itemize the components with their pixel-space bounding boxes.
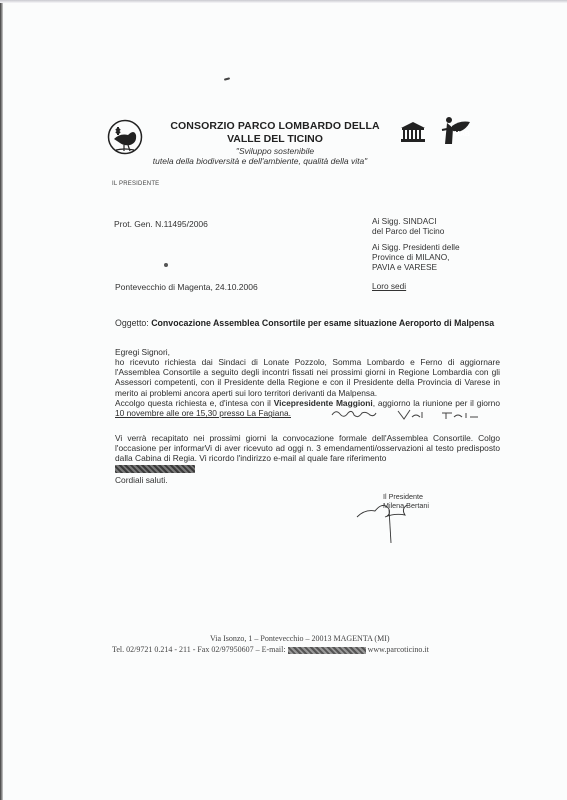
recipient-line: del Parco del Ticino	[372, 226, 460, 236]
footer-website: www.parcoticino.it	[368, 645, 429, 654]
park-heron-logo-icon	[106, 119, 144, 155]
footer-contacts-text: Tel. 02/9721 0.214 - 211 - Fax 02/979506…	[112, 645, 286, 654]
subject-text: Convocazione Assemblea Consortile per es…	[151, 318, 494, 328]
motto-line2: tutela della biodiversità e dell'ambient…	[120, 156, 400, 166]
scan-speck	[224, 77, 230, 80]
mab-logo-icon: MAB	[440, 116, 472, 146]
greeting: Egregi Signori,	[115, 347, 500, 357]
scan-edge-top	[0, 0, 567, 3]
org-name-line2: VALLE DEL TICINO	[150, 133, 400, 145]
redacted-email	[288, 647, 366, 654]
svg-text:MAB: MAB	[454, 131, 470, 138]
paragraph-3: Vi verrà recapitato nei prossimi giorni …	[115, 433, 500, 474]
loro-sedi: Loro sedi	[372, 281, 440, 291]
paragraph-2-text: Accolgo questa richiesta e, d'intesa con…	[115, 398, 274, 408]
place-date: Pontevecchio di Magenta, 24.10.2006	[115, 282, 258, 292]
paragraph-1: ho ricevuto richiesta dai Sindaci di Lon…	[115, 357, 500, 398]
protocol-number: Prot. Gen. N.11495/2006	[114, 219, 208, 229]
meeting-date: 10 novembre alle ore 15,30 presso La Fag…	[115, 408, 291, 418]
footer-contacts: Tel. 02/9721 0.214 - 211 - Fax 02/979506…	[112, 645, 429, 654]
letterhead: CONSORZIO PARCO LOMBARDO DELLA VALLE DEL…	[150, 120, 400, 166]
subject-label: Oggetto:	[115, 318, 149, 328]
scan-mark	[164, 263, 168, 267]
recipient-line: Ai Sigg. SINDACI	[372, 216, 460, 226]
scan-edge	[0, 0, 3, 800]
subject-line: Oggetto: Convocazione Assemblea Consorti…	[115, 318, 494, 328]
paragraph-3-text: Vi verrà recapitato nei prossimi giorni …	[115, 433, 500, 463]
handwritten-signature	[355, 495, 435, 545]
recipient-line: Ai Sigg. Presidenti delle	[372, 242, 460, 252]
sender-office: IL PRESIDENTE	[112, 181, 159, 187]
recipient-line: PAVIA e VARESE	[372, 262, 460, 272]
handwritten-note: Sinolos Vedi Tecl	[330, 405, 490, 423]
closing: Cordiali saluti.	[115, 475, 168, 485]
footer-address: Via Isonzo, 1 – Pontevecchio – 20013 MAG…	[210, 634, 390, 643]
recipients-block: Ai Sigg. SINDACI del Parco del Ticino Ai…	[372, 216, 460, 291]
org-name: CONSORZIO PARCO LOMBARDO DELLA	[150, 120, 400, 132]
redacted-email	[115, 465, 195, 473]
motto: "Sviluppo sostenibile	[150, 146, 400, 156]
unesco-logo-icon	[399, 120, 427, 144]
recipient-line: Province di MILANO,	[372, 252, 460, 262]
